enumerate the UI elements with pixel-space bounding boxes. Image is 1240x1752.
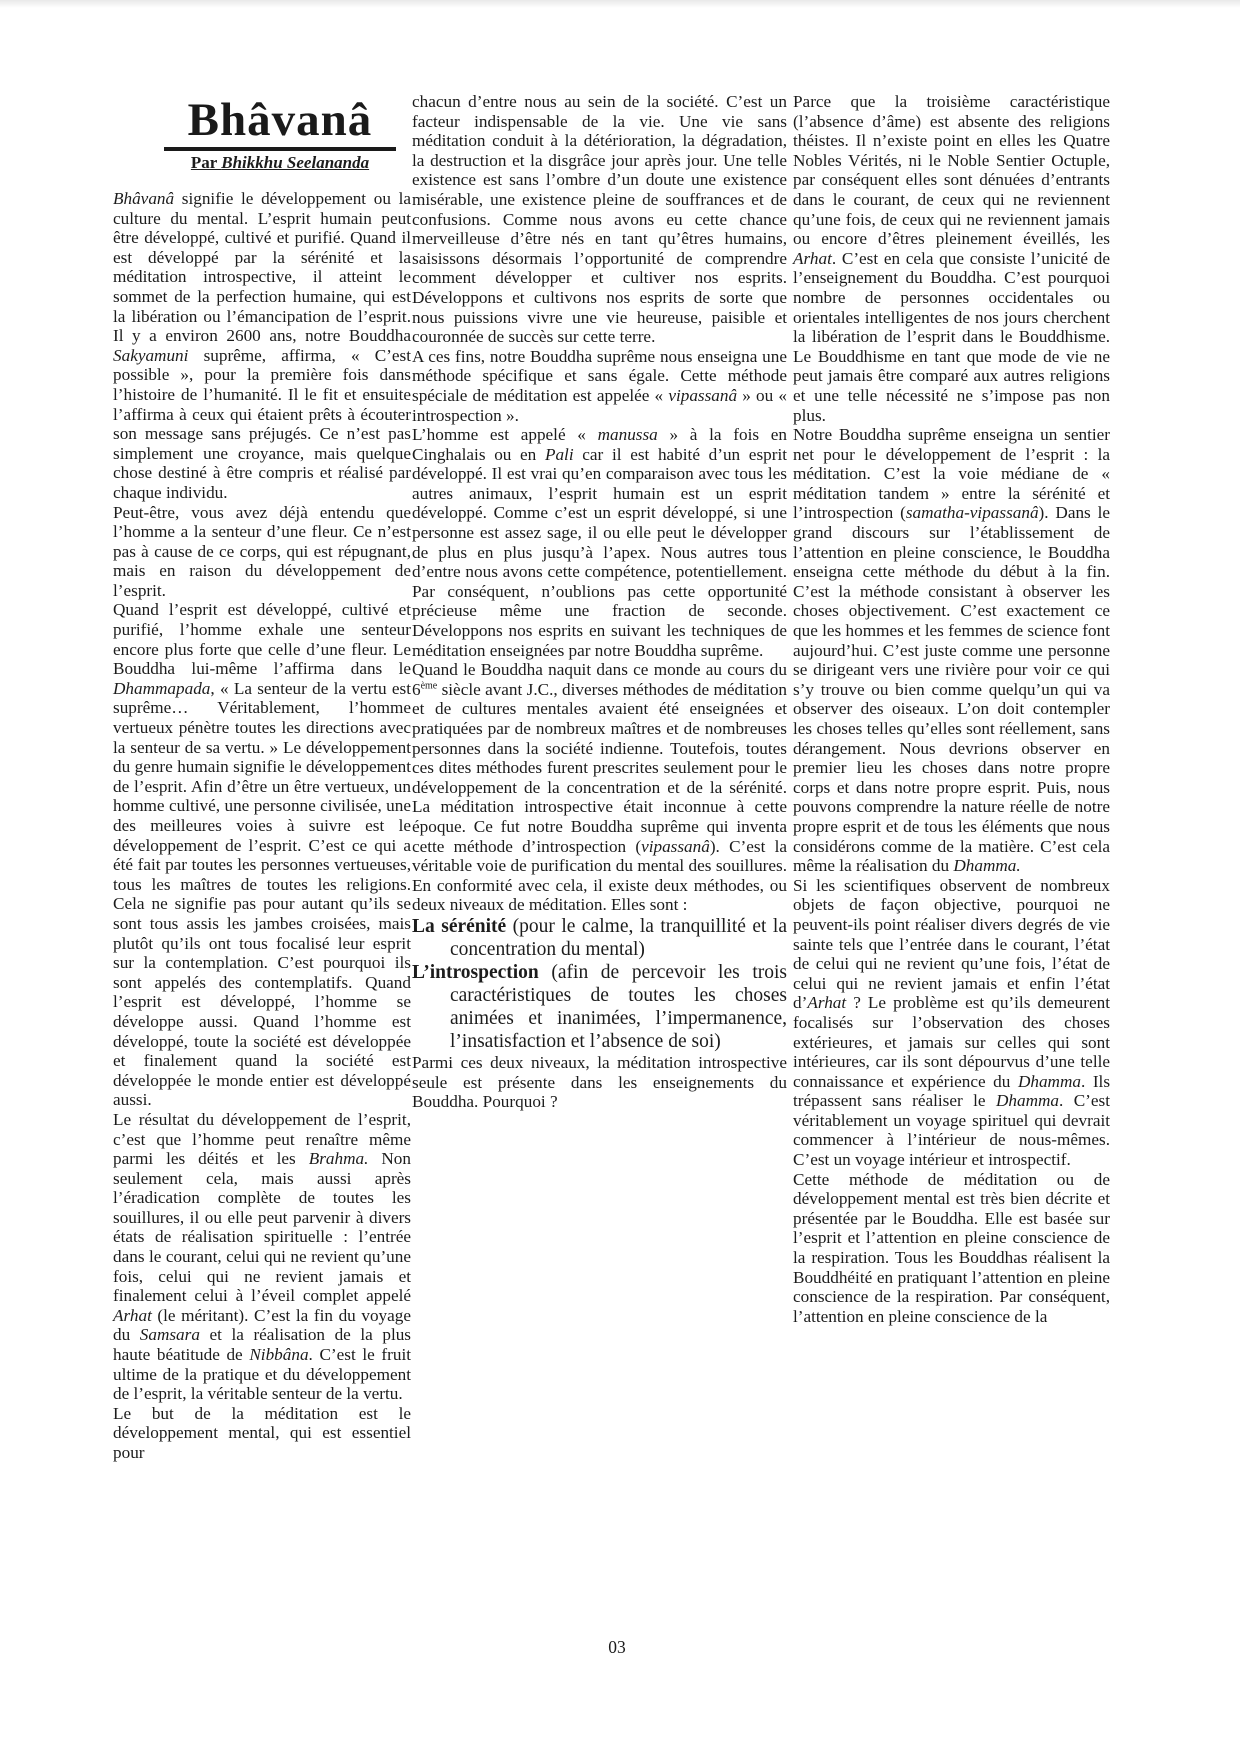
italic-term: Arhat (793, 249, 832, 268)
scan-edge (0, 0, 1240, 8)
italic-term: Dhammapada (113, 679, 210, 698)
text: Quand l’esprit est développé, cultivé et… (113, 600, 411, 678)
byline: Par Bhikkhu Seelananda (191, 152, 369, 173)
text: . C’est en cela que consiste l’unicité d… (793, 249, 1110, 425)
italic-term: Dhamma (996, 1091, 1059, 1110)
meditation-level-item: La sérénité (pour le calme, la tranquill… (412, 915, 787, 961)
italic-term: Samsara (140, 1325, 200, 1344)
paragraph: Peut-être, vous avez déjà entendu que l’… (113, 503, 411, 601)
page-number: 03 (597, 1637, 637, 1658)
text: L’homme est appelé « (412, 425, 598, 444)
level-term: L’introspection (412, 962, 539, 983)
italic-term: vipassanâ (641, 837, 710, 856)
text-column-3: Parce que la troisième caractéristique (… (793, 92, 1110, 1326)
italic-term: Dhamma (1018, 1072, 1081, 1091)
text: , « La senteur de la vertu est suprême… … (113, 679, 411, 1109)
article-title: Bhâvanâ (150, 93, 410, 147)
paragraph: Notre Bouddha suprême enseigna un sentie… (793, 425, 1110, 876)
paragraph: Bhâvanâ signifie le développement ou la … (113, 189, 411, 503)
text: signifie le développement ou la culture … (113, 189, 411, 345)
paragraph: Quand le Bouddha naquit dans ce monde au… (412, 660, 787, 915)
paragraph: A ces fins, notre Bouddha suprême nous e… (412, 347, 787, 425)
text: Non seulement cela, mais aussi après l’é… (113, 1149, 411, 1305)
italic-term: Bhâvanâ (113, 189, 174, 208)
superscript: ème (421, 680, 438, 691)
italic-term: Brahma. (309, 1149, 369, 1168)
level-term: La sérénité (412, 916, 506, 937)
text: suprême, affirma, « C’est possible », po… (113, 346, 411, 502)
paragraph: Parce que la troisième caractéristique (… (793, 92, 1110, 425)
text-column-2: chacun d’entre nous au sein de la sociét… (412, 92, 787, 1112)
article-header: Bhâvanâ Par Bhikkhu Seelananda (150, 93, 410, 173)
italic-term: Pali (545, 445, 574, 464)
paragraph: L’homme est appelé « manussa » à la fois… (412, 425, 787, 660)
paragraph: chacun d’entre nous au sein de la sociét… (412, 92, 787, 347)
italic-term: Sakyamuni (113, 346, 188, 365)
text: siècle avant J.C., diverses méthodes de … (412, 680, 787, 856)
paragraph: Parmi ces deux niveaux, la méditation in… (412, 1053, 787, 1112)
title-rule (164, 147, 396, 151)
italic-term: Arhat (113, 1306, 152, 1325)
paragraph: Le résultat du développement de l’esprit… (113, 1110, 411, 1404)
text-column-1: Bhâvanâ signifie le développement ou la … (113, 189, 411, 1463)
italic-term: Dhamma. (953, 856, 1020, 875)
paragraph: Le but de la méditation est le développe… (113, 1404, 411, 1463)
byline-author: Bhikkhu Seelananda (221, 153, 369, 172)
paragraph: Quand l’esprit est développé, cultivé et… (113, 600, 411, 1109)
text: car il est habité d’un esprit développé.… (412, 445, 787, 660)
italic-term: Nibbâna (249, 1345, 308, 1364)
text: Parce que la troisième caractéristique (… (793, 92, 1110, 248)
byline-prefix: Par (191, 153, 221, 172)
meditation-level-item: L’introspection (afin de percevoir les t… (412, 961, 787, 1053)
text: Si les scientifiques observent de nombre… (793, 876, 1110, 1013)
paragraph: Si les scientifiques observent de nombre… (793, 876, 1110, 1170)
italic-term: Arhat (807, 993, 846, 1012)
italic-term: vipassanâ (668, 386, 737, 405)
italic-term: manussa (598, 425, 658, 444)
text: ). Dans le grand discours sur l’établiss… (793, 503, 1110, 875)
italic-term: samatha-vipassanâ (906, 503, 1039, 522)
paragraph: Cette méthode de méditation ou de dévelo… (793, 1170, 1110, 1327)
